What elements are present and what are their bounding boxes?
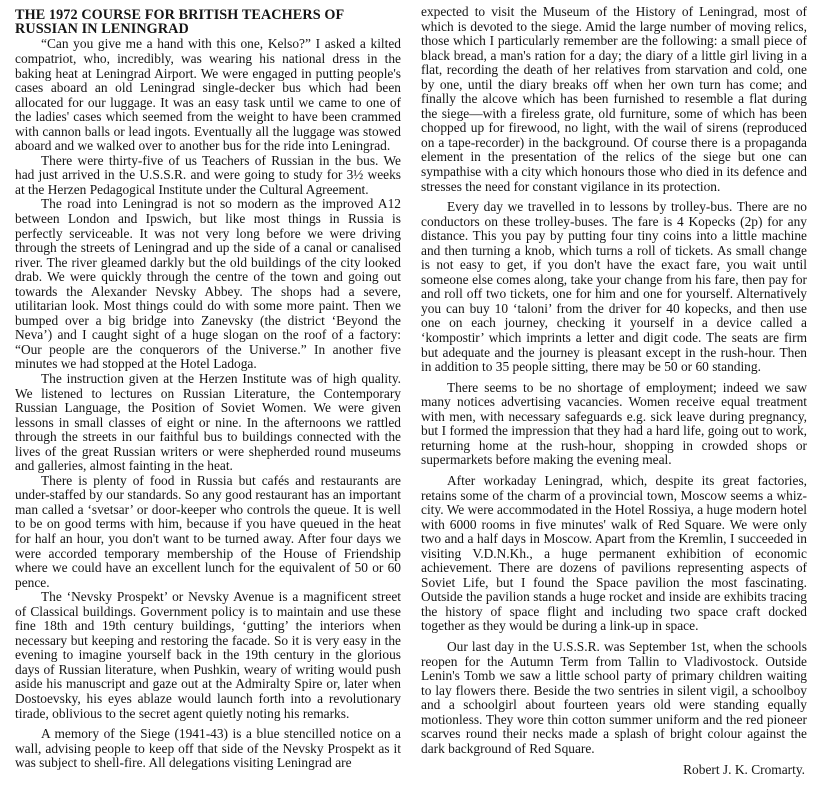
right-column: expected to visit the Museum of the Hist… <box>421 5 807 791</box>
author-signature: Robert J. K. Cromarty. <box>421 763 807 778</box>
paragraph-food-restaurants: There is plenty of food in Russia but ca… <box>15 474 401 590</box>
document-page: THE 1972 COURSE FOR BRITISH TEACHERS OF … <box>0 0 820 800</box>
paragraph-herzen-instruction: The instruction given at the Herzen Inst… <box>15 372 401 474</box>
paragraph-siege-memory: A memory of the Siege (1941-43) is a blu… <box>15 727 401 771</box>
paragraph-moscow: After workaday Leningrad, which, despite… <box>421 474 807 634</box>
paragraph-road-into-leningrad: The road into Leningrad is not so modern… <box>15 197 401 372</box>
paragraph-museum-of-history: expected to visit the Museum of the Hist… <box>421 5 807 194</box>
paragraph-trolley-bus: Every day we travelled in to lessons by … <box>421 200 807 375</box>
paragraph-last-day: Our last day in the U.S.S.R. was Septemb… <box>421 640 807 756</box>
paragraph-nevsky-prospekt: The ‘Nevsky Prospekt’ or Nevsky Avenue i… <box>15 590 401 721</box>
paragraph-employment: There seems to be no shortage of employm… <box>421 381 807 468</box>
paragraph-arrival-airport: “Can you give me a hand with this one, K… <box>15 37 401 153</box>
article-title: THE 1972 COURSE FOR BRITISH TEACHERS OF … <box>15 8 401 36</box>
paragraph-teachers-in-bus: There were thirty-five of us Teachers of… <box>15 154 401 198</box>
left-column: THE 1972 COURSE FOR BRITISH TEACHERS OF … <box>15 5 401 771</box>
